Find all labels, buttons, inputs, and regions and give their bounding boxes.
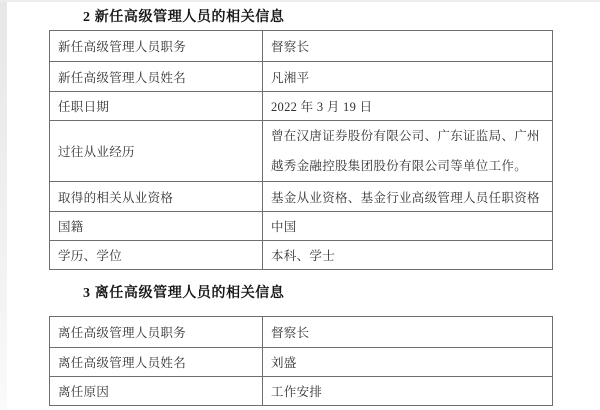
section-3-heading: 3 离任高级管理人员的相关信息 — [83, 282, 285, 302]
row-label: 离任高级管理人员职务 — [50, 317, 263, 348]
departing-senior-manager-table: 离任高级管理人员职务 督察长 离任高级管理人员姓名 刘盛 离任原因 工作安排 — [49, 316, 553, 406]
row-label: 国籍 — [50, 212, 263, 241]
page-top-edge-shadow — [0, 0, 600, 2]
table-row: 离任高级管理人员职务 督察长 — [50, 317, 553, 348]
table-row: 离任原因 工作安排 — [50, 377, 553, 406]
row-label: 学历、学位 — [50, 241, 263, 270]
row-value: 凡湘平 — [263, 62, 553, 92]
table-row: 取得的相关从业资格 基金从业资格、基金行业高级管理人员任职资格 — [50, 182, 553, 212]
table-row: 国籍 中国 — [50, 212, 553, 241]
row-value: 督察长 — [263, 317, 553, 348]
row-label: 任职日期 — [50, 92, 263, 121]
row-value: 刘盛 — [263, 348, 553, 377]
row-value: 曾在汉唐证券股份有限公司、广东证监局、广州越秀金融控股集团股份有限公司等单位工作… — [263, 121, 553, 182]
row-value: 工作安排 — [263, 377, 553, 406]
row-label: 新任高级管理人员职务 — [50, 31, 263, 62]
table-row: 过往从业经历 曾在汉唐证券股份有限公司、广东证监局、广州越秀金融控股集团股份有限… — [50, 121, 553, 182]
row-label: 新任高级管理人员姓名 — [50, 62, 263, 92]
table-row: 新任高级管理人员职务 督察长 — [50, 31, 553, 62]
row-value: 基金从业资格、基金行业高级管理人员任职资格 — [263, 182, 553, 212]
document-page: 2 新任高级管理人员的相关信息 新任高级管理人员职务 督察长 新任高级管理人员姓… — [0, 0, 600, 410]
page-left-edge-shadow — [0, 0, 7, 410]
table-row: 离任高级管理人员姓名 刘盛 — [50, 348, 553, 377]
new-senior-manager-table: 新任高级管理人员职务 督察长 新任高级管理人员姓名 凡湘平 任职日期 2022 … — [49, 30, 553, 270]
row-value: 本科、学士 — [263, 241, 553, 270]
row-label: 离任高级管理人员姓名 — [50, 348, 263, 377]
table-row: 任职日期 2022 年 3 月 19 日 — [50, 92, 553, 121]
row-value: 中国 — [263, 212, 553, 241]
row-label: 离任原因 — [50, 377, 263, 406]
section-2-heading: 2 新任高级管理人员的相关信息 — [83, 6, 285, 26]
row-label: 过往从业经历 — [50, 121, 263, 182]
row-label: 取得的相关从业资格 — [50, 182, 263, 212]
row-value: 督察长 — [263, 31, 553, 62]
row-value: 2022 年 3 月 19 日 — [263, 92, 553, 121]
table-row: 学历、学位 本科、学士 — [50, 241, 553, 270]
table-row: 新任高级管理人员姓名 凡湘平 — [50, 62, 553, 92]
